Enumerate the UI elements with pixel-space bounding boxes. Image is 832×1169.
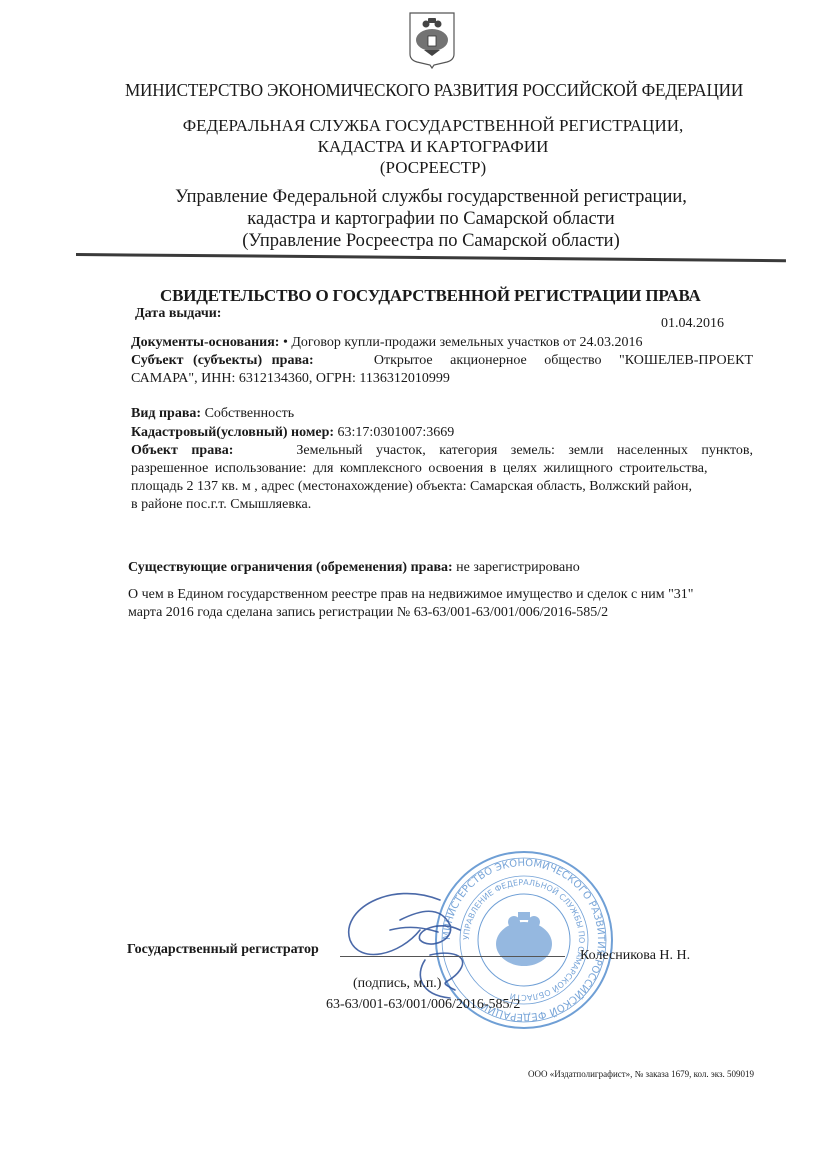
service-name: ФЕДЕРАЛЬНАЯ СЛУЖБА ГОСУДАРСТВЕННОЙ РЕГИС… [0, 115, 832, 178]
ministry-name: МИНИСТЕРСТВО ЭКОНОМИЧЕСКОГО РАЗВИТИЯ РОС… [9, 80, 832, 101]
certificate-title: СВИДЕТЕЛЬСТВО О ГОСУДАРСТВЕННОЙ РЕГИСТРА… [160, 286, 701, 306]
registrar-name: Колесникова Н. Н. [580, 947, 690, 965]
right-type-label: Вид права: [131, 406, 201, 421]
office-line-2: кадастра и картографии по Самарской обла… [0, 208, 832, 230]
issue-date-label: Дата выдачи: [135, 305, 221, 323]
object-value-line-3: площадь 2 137 кв. м , адрес (местонахожд… [131, 478, 753, 496]
basis-documents: Документы-основания: • Договор купли-про… [131, 334, 642, 352]
cadastral-label: Кадастровый(условный) номер: [131, 425, 334, 440]
encumbrance-value: не зарегистрировано [456, 560, 580, 575]
cadastral-number: Кадастровый(условный) номер: 63:17:03010… [131, 424, 454, 442]
regional-office-name: Управление Федеральной службы государств… [0, 186, 832, 252]
basis-documents-value: • Договор купли-продажи земельных участк… [283, 335, 643, 350]
right-type-value: Собственность [205, 406, 295, 421]
object-value-line-1: Земельный участок, категория земель: зем… [296, 442, 753, 460]
record-line-2: марта 2016 года сделана запись регистрац… [128, 604, 768, 622]
registrar-label: Государственный регистратор [127, 941, 319, 959]
basis-documents-label: Документы-основания: [131, 335, 279, 350]
object-of-right: Объект права: Земельный участок, категор… [131, 442, 753, 514]
encumbrances: Существующие ограничения (обременения) п… [128, 559, 580, 577]
issue-date-value: 01.04.2016 [661, 315, 724, 333]
object-value-line-4: в районе пос.г.т. Смышляевка. [131, 496, 753, 514]
printer-imprint: ООО «Издатполиграфист», № заказа 1679, к… [528, 1069, 754, 1079]
service-name-line-3: (РОСРЕЕСТР) [0, 157, 832, 178]
signature-caption: (подпись, м.п.) [353, 975, 441, 993]
coat-of-arms-icon [407, 10, 457, 70]
service-name-line-2: КАДАСТРА И КАРТОГРАФИИ [0, 136, 832, 157]
subject-label: Субъект (субъекты) права: [131, 352, 314, 370]
subject-value-line-1: Открытое акционерное общество "КОШЕЛЕВ-П… [374, 352, 753, 370]
service-name-line-1: ФЕДЕРАЛЬНАЯ СЛУЖБА ГОСУДАРСТВЕННОЙ РЕГИС… [0, 115, 832, 136]
encumbrance-label: Существующие ограничения (обременения) п… [128, 560, 453, 575]
right-type: Вид права: Собственность [131, 405, 294, 423]
object-value-line-2: разрешенное использование: для комплексн… [131, 460, 753, 478]
subject-of-right: Субъект (субъекты) права: Открытое акцио… [131, 352, 753, 388]
subject-value-line-2: САМАРА", ИНН: 6312134360, ОГРН: 11363120… [131, 370, 753, 388]
record-line-1: О чем в Едином государственном реестре п… [128, 586, 768, 604]
office-line-3: (Управление Росреестра по Самарской обла… [0, 230, 832, 252]
cadastral-value: 63:17:0301007:3669 [338, 425, 455, 440]
signature-line [340, 956, 565, 957]
header-divider [76, 253, 786, 262]
registration-record: О чем в Едином государственном реестре п… [128, 586, 768, 622]
office-line-1: Управление Федеральной службы государств… [0, 186, 832, 208]
object-label: Объект права: [131, 442, 233, 460]
record-number: 63-63/001-63/001/006/2016-585/2 [326, 996, 520, 1014]
